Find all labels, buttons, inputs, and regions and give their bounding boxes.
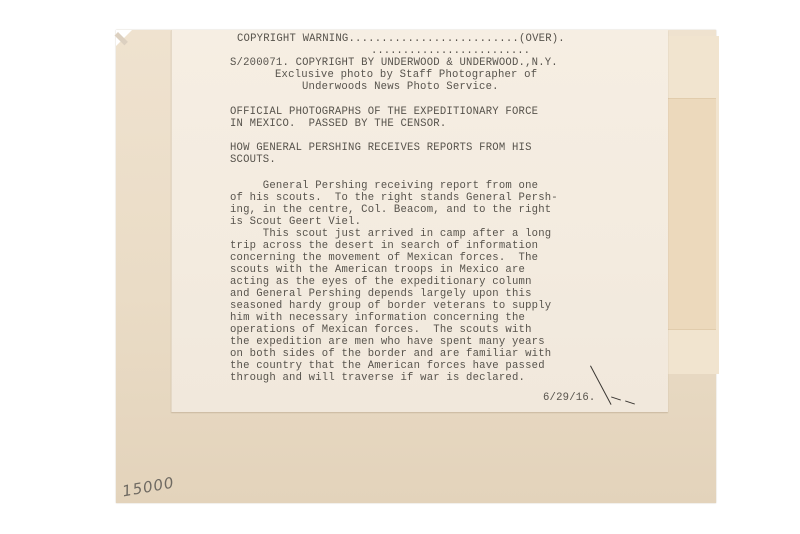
pencil-crop-mark — [625, 400, 635, 404]
body-line: operations of Mexican forces. The scouts… — [230, 324, 532, 336]
official-notice-line-1: OFFICIAL PHOTOGRAPHS OF THE EXPEDITIONAR… — [230, 106, 538, 118]
photo-service-line: Underwoods News Photo Service. — [302, 81, 499, 93]
body-line: the expedition are men who have spent ma… — [230, 336, 545, 348]
body-line: is Scout Geert Viel. — [230, 216, 361, 228]
body-line: and General Pershing depends largely upo… — [230, 288, 532, 300]
body-line: seasoned hardy group of border veterans … — [230, 300, 551, 312]
body-line: This scout just arrived in camp after a … — [230, 228, 551, 240]
body-line: ing, in the centre, Col. Beacom, and to … — [230, 204, 551, 216]
body-line: acting as the eyes of the expeditionary … — [230, 276, 532, 288]
body-line: concerning the movement of Mexican force… — [230, 252, 538, 264]
caption-slip: COPYRIGHT WARNING.......................… — [171, 30, 668, 412]
exclusive-photo-line: Exclusive photo by Staff Photographer of — [275, 69, 537, 81]
dots-line: ......................... — [371, 45, 530, 57]
copyright-warning: COPYRIGHT WARNING.......................… — [237, 33, 565, 45]
backing-sheet-inset — [664, 98, 716, 330]
body-line: of his scouts. To the right stands Gener… — [230, 192, 558, 204]
body-line: on both sides of the border and are fami… — [230, 348, 551, 360]
body-line: General Pershing receiving report from o… — [230, 180, 538, 192]
body-line: him with necessary information concernin… — [230, 312, 525, 324]
headline-line-2: SCOUTS. — [230, 154, 276, 166]
headline-line-1: HOW GENERAL PERSHING RECEIVES REPORTS FR… — [230, 142, 532, 154]
copyright-line: S/200071. COPYRIGHT BY UNDERWOOD & UNDER… — [230, 57, 558, 69]
body-line: trip across the desert in search of info… — [230, 240, 538, 252]
date-stamp: 6/29/16. — [543, 392, 595, 404]
official-notice-line-2: IN MEXICO. PASSED BY THE CENSOR. — [230, 118, 446, 130]
body-line: scouts with the American troops in Mexic… — [230, 264, 525, 276]
slip-edge — [171, 30, 172, 412]
pencil-crop-mark — [611, 396, 621, 400]
body-line: through and will traverse if war is decl… — [230, 372, 525, 384]
body-line: the country that the American forces hav… — [230, 360, 545, 372]
